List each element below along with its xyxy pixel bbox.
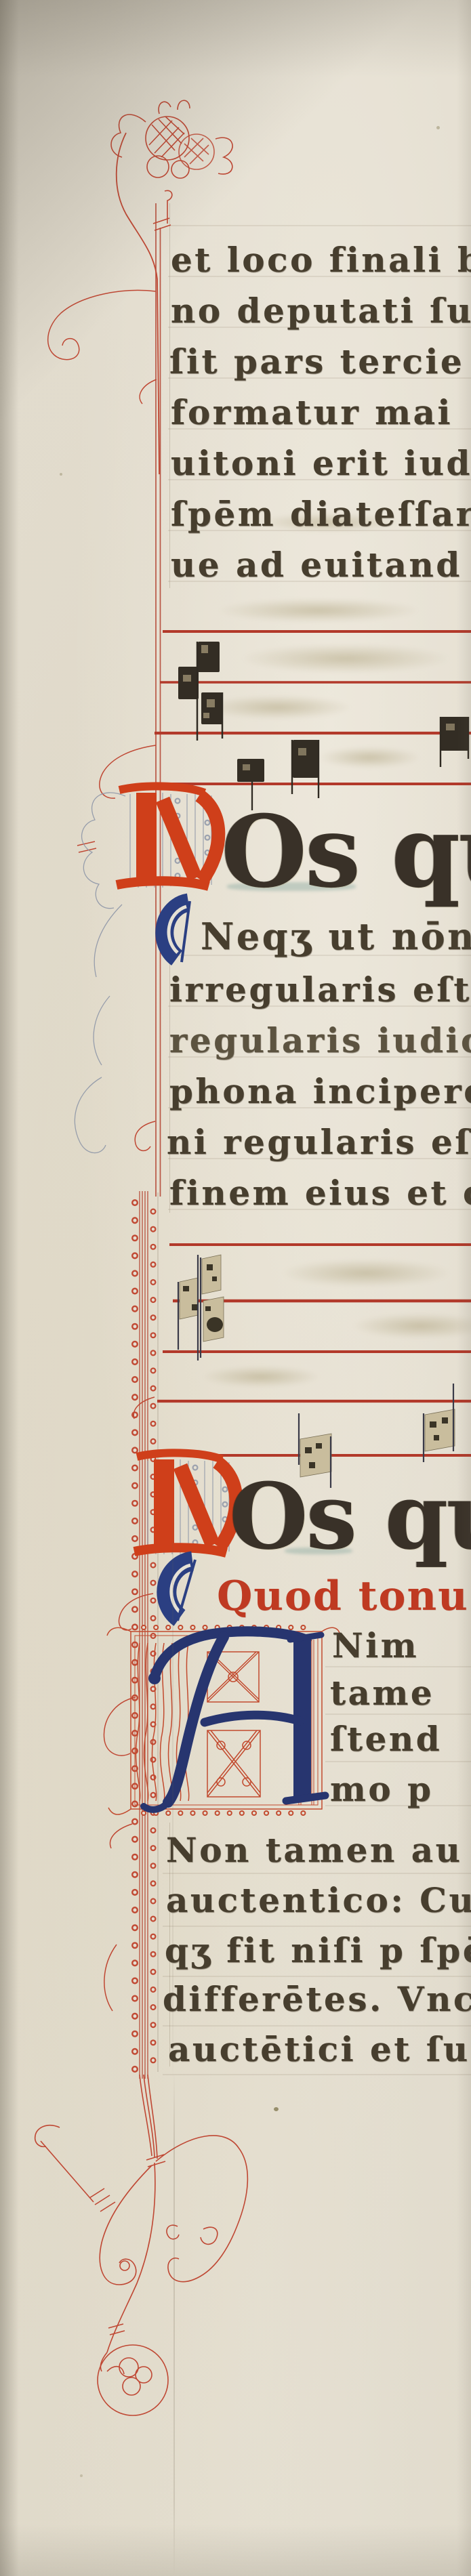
parchment-crease xyxy=(173,2073,175,2576)
pilcrow-1 xyxy=(165,901,190,962)
incipit-title-2: Os qu xyxy=(229,1471,471,1562)
incipit-title-1: Os qu xyxy=(221,803,471,902)
text-line: differētes. Vnc xyxy=(163,1982,471,2016)
dirt-speck xyxy=(60,473,62,476)
rubric-paragraph-line: Neqʒ ut nōn xyxy=(201,918,471,955)
text-line: ſpēm diateſſar xyxy=(171,497,471,531)
text-line: finem eius et c xyxy=(169,1176,471,1210)
dirt-speck xyxy=(274,2107,279,2111)
rubric-line: Quod tonu xyxy=(217,1576,469,1617)
text-line: mo p xyxy=(330,1772,434,1806)
text-line: ſtend xyxy=(330,1722,442,1756)
pilcrow-2 xyxy=(167,1560,195,1621)
bottom-flourish xyxy=(35,2075,248,2415)
text-line: Non tamen au xyxy=(166,1833,463,1867)
text-line: ue ad euitand xyxy=(171,548,462,582)
text-line: irregularis eſt e xyxy=(169,973,471,1007)
text-line: qʒ fit niſi p ſpē xyxy=(165,1934,471,1968)
margin-penwork-gray xyxy=(75,793,125,1153)
music-staff-2 xyxy=(148,1245,471,1455)
text-line: phona inciperet xyxy=(169,1075,471,1108)
text-line: ſit pars tercie ſ xyxy=(169,345,471,379)
text-line: Nim xyxy=(332,1629,419,1663)
text-line: ni regularis eſſ xyxy=(167,1125,471,1159)
text-line: regularis iudic xyxy=(169,1024,471,1058)
text-line: auctentico: Cu xyxy=(166,1884,471,1917)
text-line: auctētici et ſu xyxy=(168,2033,470,2066)
text-line: et loco finali bi xyxy=(171,243,471,277)
dirt-speck xyxy=(80,2474,83,2477)
text-line: tame xyxy=(330,1676,434,1710)
decoration-layer xyxy=(0,0,471,2576)
staff2-clef-and-neumes xyxy=(178,1255,455,1488)
text-line: no deputati ſun xyxy=(171,294,471,328)
loop-chain-border xyxy=(135,1191,158,2079)
dirt-speck xyxy=(436,126,440,129)
manuscript-page: { "manuscript": { "description": "Illumi… xyxy=(0,0,471,2576)
text-line: uitoni erit iud xyxy=(171,446,471,480)
text-line: formatur mai xyxy=(171,396,453,430)
